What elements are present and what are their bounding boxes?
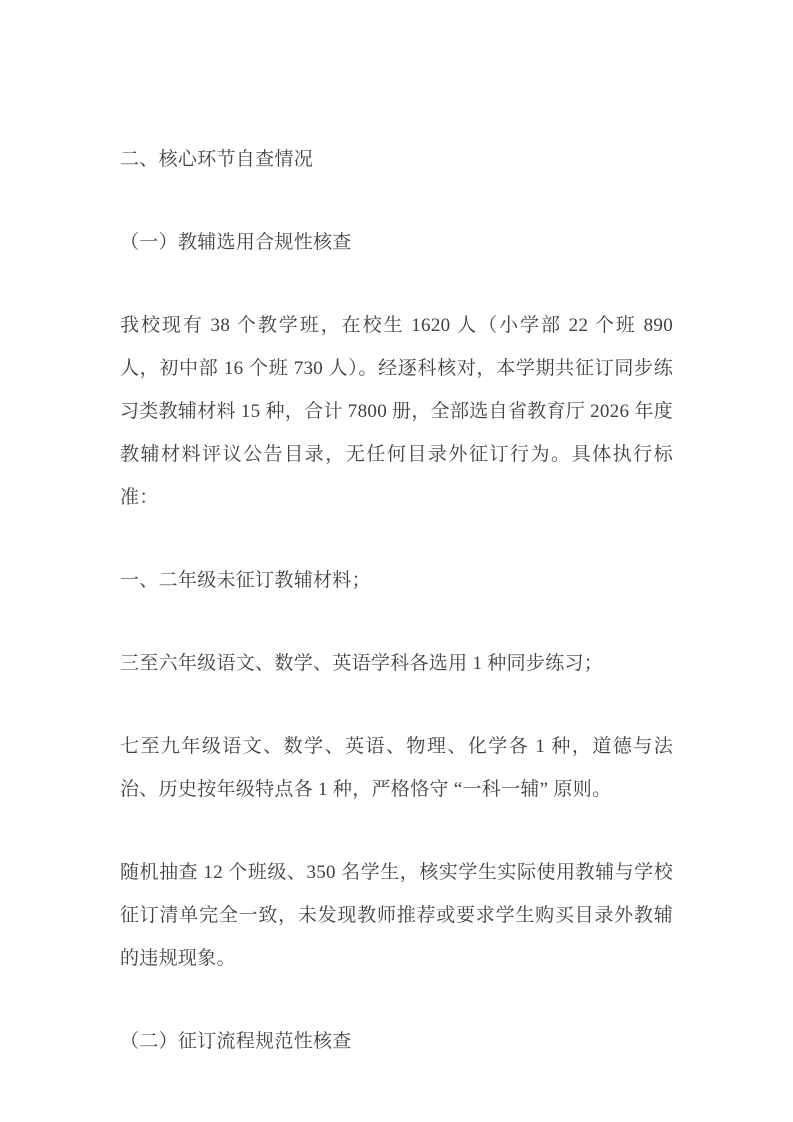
subsection-heading-2: （二）征订流程规范性核查 [120, 1020, 673, 1063]
document-content: 二、核心环节自查情况 （一）教辅选用合规性核查 我校现有 38 个教学班，在校生… [120, 138, 673, 1063]
paragraph-standard-2: 三至六年级语文、数学、英语学科各选用 1 种同步练习； [120, 642, 673, 685]
subsection-heading-1: （一）教辅选用合规性核查 [120, 221, 673, 264]
paragraph-standard-1: 一、二年级未征订教辅材料； [120, 559, 673, 602]
paragraph-overview: 我校现有 38 个教学班，在校生 1620 人（小学部 22 个班 890 人，… [120, 304, 673, 519]
document-page: 二、核心环节自查情况 （一）教辅选用合规性核查 我校现有 38 个教学班，在校生… [0, 0, 793, 1122]
paragraph-spot-check: 随机抽查 12 个班级、350 名学生，核实学生实际使用教辅与学校征订清单完全一… [120, 851, 673, 980]
paragraph-standard-3: 七至九年级语文、数学、英语、物理、化学各 1 种，道德与法治、历史按年级特点各 … [120, 725, 673, 811]
section-heading: 二、核心环节自查情况 [120, 138, 673, 181]
